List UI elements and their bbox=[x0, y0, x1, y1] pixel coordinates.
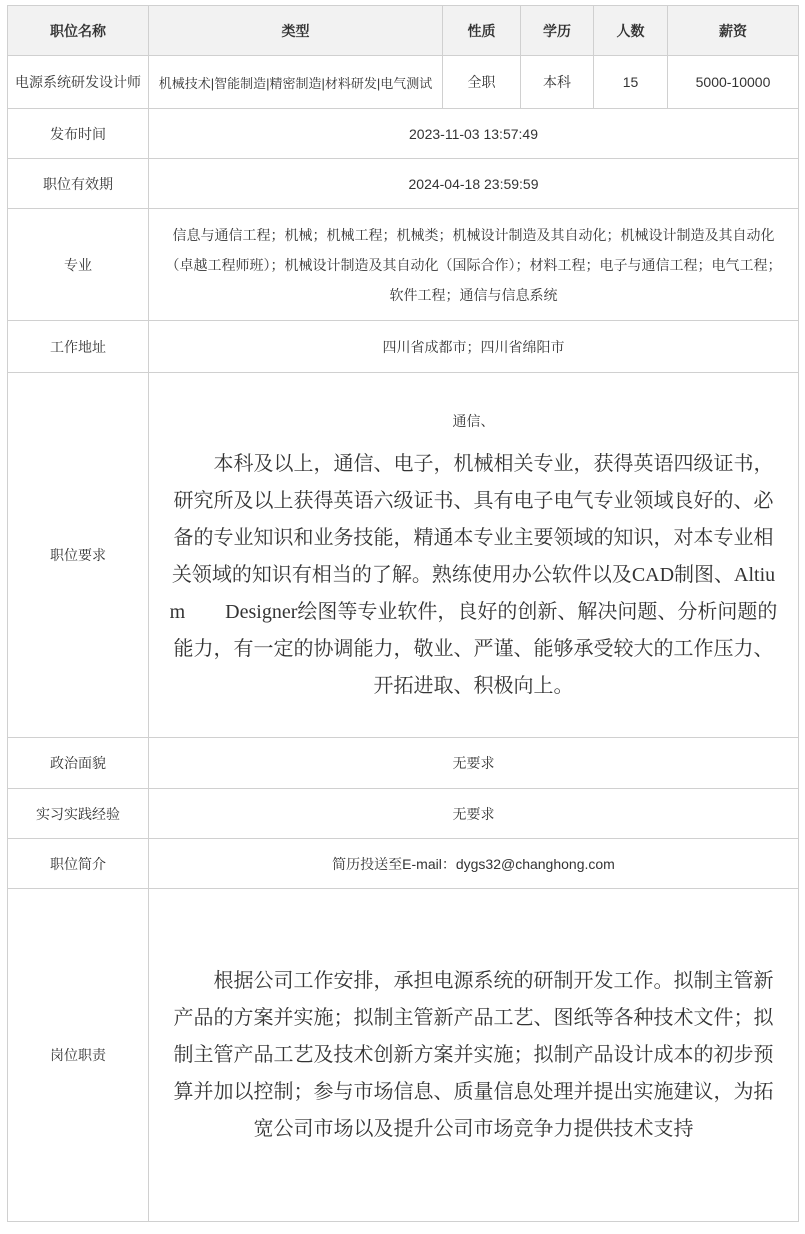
col-header-nature: 性质 bbox=[443, 6, 521, 56]
table-header-row: 职位名称 类型 性质 学历 人数 薪资 bbox=[8, 6, 799, 56]
job-type-value: 机械技术|智能制造|精密制造|材料研发|电气测试 bbox=[149, 56, 443, 109]
duties-row: 岗位职责 根据公司工作安排，承担电源系统的研制开发工作。拟制主管新产品的方案并实… bbox=[8, 889, 799, 1222]
work-address-label: 工作地址 bbox=[8, 321, 149, 373]
valid-period-row: 职位有效期 2024-04-18 23:59:59 bbox=[8, 159, 799, 209]
job-title-value: 电源系统研发设计师 bbox=[8, 56, 149, 109]
internship-row: 实习实践经验 无要求 bbox=[8, 789, 799, 839]
job-detail-page: 职位名称 类型 性质 学历 人数 薪资 电源系统研发设计师 机械技术|智能制造|… bbox=[0, 0, 805, 1234]
col-header-type: 类型 bbox=[149, 6, 443, 56]
work-address-row: 工作地址 四川省成都市；四川省绵阳市 bbox=[8, 321, 799, 373]
publish-time-value: 2023-11-03 13:57:49 bbox=[149, 109, 799, 159]
job-education-value: 本科 bbox=[521, 56, 594, 109]
job-intro-value: 简历投送至E-mail：dygs32@changhong.com bbox=[149, 839, 799, 889]
majors-row: 专业 信息与通信工程；机械；机械工程；机械类；机械设计制造及其自动化；机械设计制… bbox=[8, 209, 799, 321]
col-header-salary: 薪资 bbox=[668, 6, 799, 56]
requirements-label: 职位要求 bbox=[8, 373, 149, 738]
internship-value: 无要求 bbox=[149, 789, 799, 839]
publish-time-row: 发布时间 2023-11-03 13:57:49 bbox=[8, 109, 799, 159]
job-nature-value: 全职 bbox=[443, 56, 521, 109]
internship-label: 实习实践经验 bbox=[8, 789, 149, 839]
job-summary-row: 电源系统研发设计师 机械技术|智能制造|精密制造|材料研发|电气测试 全职 本科… bbox=[8, 56, 799, 109]
job-detail-table: 职位名称 类型 性质 学历 人数 薪资 电源系统研发设计师 机械技术|智能制造|… bbox=[7, 5, 799, 1222]
political-status-value: 无要求 bbox=[149, 738, 799, 789]
majors-value: 信息与通信工程；机械；机械工程；机械类；机械设计制造及其自动化；机械设计制造及其… bbox=[149, 209, 799, 321]
requirements-heading: 通信、 bbox=[155, 406, 792, 436]
job-intro-row: 职位简介 简历投送至E-mail：dygs32@changhong.com bbox=[8, 839, 799, 889]
majors-label: 专业 bbox=[8, 209, 149, 321]
political-status-label: 政治面貌 bbox=[8, 738, 149, 789]
col-header-headcount: 人数 bbox=[594, 6, 668, 56]
col-header-education: 学历 bbox=[521, 6, 594, 56]
job-headcount-value: 15 bbox=[594, 56, 668, 109]
requirements-value-cell: 通信、 本科及以上，通信、电子，机械相关专业，获得英语四级证书，研究所及以上获得… bbox=[149, 373, 799, 738]
publish-time-label: 发布时间 bbox=[8, 109, 149, 159]
requirements-body: 本科及以上，通信、电子，机械相关专业，获得英语四级证书，研究所及以上获得英语六级… bbox=[168, 446, 780, 705]
valid-period-value: 2024-04-18 23:59:59 bbox=[149, 159, 799, 209]
duties-body: 根据公司工作安排，承担电源系统的研制开发工作。拟制主管新产品的方案并实施；拟制主… bbox=[168, 963, 780, 1148]
duties-label: 岗位职责 bbox=[8, 889, 149, 1222]
col-header-job-title: 职位名称 bbox=[8, 6, 149, 56]
duties-value-cell: 根据公司工作安排，承担电源系统的研制开发工作。拟制主管新产品的方案并实施；拟制主… bbox=[149, 889, 799, 1222]
job-salary-value: 5000-10000 bbox=[668, 56, 799, 109]
requirements-row: 职位要求 通信、 本科及以上，通信、电子，机械相关专业，获得英语四级证书，研究所… bbox=[8, 373, 799, 738]
work-address-value: 四川省成都市；四川省绵阳市 bbox=[149, 321, 799, 373]
job-intro-label: 职位简介 bbox=[8, 839, 149, 889]
political-status-row: 政治面貌 无要求 bbox=[8, 738, 799, 789]
valid-period-label: 职位有效期 bbox=[8, 159, 149, 209]
